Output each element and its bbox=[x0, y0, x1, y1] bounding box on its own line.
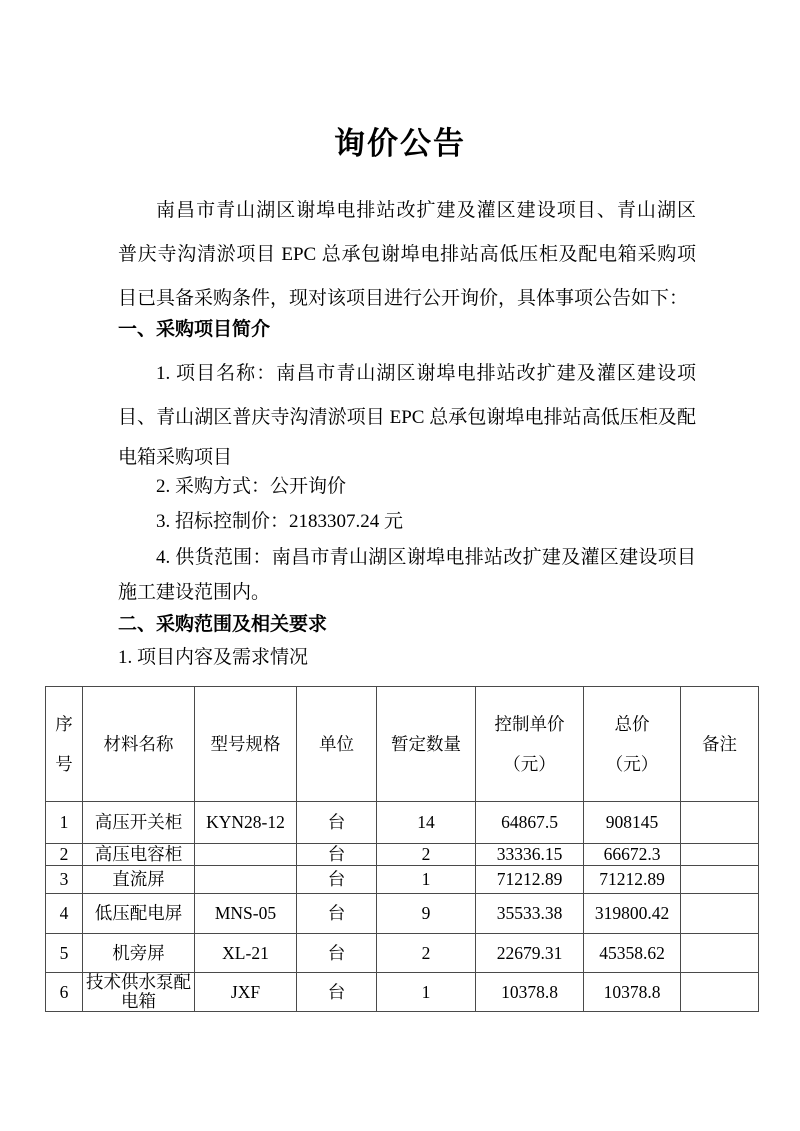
table-row: 6 技术供水泵配电箱 JXF 台 1 10378.8 10378.8 bbox=[46, 973, 759, 1012]
project-name-line-2: 目、青山湖区普庆寺沟清淤项目 EPC 总承包谢埠电排站高低压柜及配 bbox=[118, 407, 696, 429]
intro-line-2: 普庆寺沟清淤项目 EPC 总承包谢埠电排站高低压柜及配电箱采购项 bbox=[118, 244, 696, 266]
control-price-line: 3. 招标控制价：2183307.24 元 bbox=[118, 511, 696, 533]
table-cell bbox=[681, 802, 759, 844]
table-cell: 71212.89 bbox=[584, 866, 681, 894]
table-cell bbox=[195, 844, 297, 866]
table-cell bbox=[681, 894, 759, 934]
table-row: 1 高压开关柜 KYN28-12 台 14 64867.5 908145 bbox=[46, 802, 759, 844]
table-cell: 台 bbox=[297, 894, 377, 934]
table-row: 2 高压电容柜 台 2 33336.15 66672.3 bbox=[46, 844, 759, 866]
table-cell: 直流屏 bbox=[83, 866, 195, 894]
column-header-quantity: 暂定数量 bbox=[377, 687, 476, 802]
table-row: 5 机旁屏 XL-21 台 2 22679.31 45358.62 bbox=[46, 934, 759, 973]
intro-line-1: 南昌市青山湖区谢埠电排站改扩建及灌区建设项目、青山湖区 bbox=[118, 200, 696, 222]
table-cell: 机旁屏 bbox=[83, 934, 195, 973]
table-cell: 5 bbox=[46, 934, 83, 973]
column-header-material: 材料名称 bbox=[83, 687, 195, 802]
table-cell: 技术供水泵配电箱 bbox=[83, 973, 195, 1012]
announcement-body: 南昌市青山湖区谢埠电排站改扩建及灌区建设项目、青山湖区 普庆寺沟清淤项目 EPC… bbox=[118, 200, 696, 669]
table-cell bbox=[681, 844, 759, 866]
procurement-method-line: 2. 采购方式：公开询价 bbox=[118, 476, 696, 498]
table-cell: 64867.5 bbox=[476, 802, 584, 844]
column-header-unit: 单位 bbox=[297, 687, 377, 802]
table-cell bbox=[681, 866, 759, 894]
table-cell: 高压电容柜 bbox=[83, 844, 195, 866]
table-cell: 33336.15 bbox=[476, 844, 584, 866]
table-cell: 908145 bbox=[584, 802, 681, 844]
table-cell: 2 bbox=[377, 934, 476, 973]
table-row: 3 直流屏 台 1 71212.89 71212.89 bbox=[46, 866, 759, 894]
supply-scope-line-1: 4. 供货范围：南昌市青山湖区谢埠电排站改扩建及灌区建设项目 bbox=[118, 547, 696, 569]
project-name-line-1: 1. 项目名称：南昌市青山湖区谢埠电排站改扩建及灌区建设项 bbox=[118, 363, 696, 385]
section-2-heading: 二、采购范围及相关要求 bbox=[118, 614, 696, 636]
table-cell: 2 bbox=[46, 844, 83, 866]
table-cell: 台 bbox=[297, 844, 377, 866]
table-cell: 3 bbox=[46, 866, 83, 894]
column-header-remarks: 备注 bbox=[681, 687, 759, 802]
table-cell: 低压配电屏 bbox=[83, 894, 195, 934]
table-cell: 10378.8 bbox=[584, 973, 681, 1012]
table-cell: KYN28-12 bbox=[195, 802, 297, 844]
table-cell bbox=[195, 866, 297, 894]
document-title: 询价公告 bbox=[0, 126, 800, 162]
supply-scope-line-2: 施工建设范围内。 bbox=[118, 582, 696, 604]
table-cell: 1 bbox=[377, 973, 476, 1012]
table-header-row: 序 号 材料名称 型号规格 单位 暂定数量 控制单价 （元） 总价 （元） 备注 bbox=[46, 687, 759, 802]
table-cell: 71212.89 bbox=[476, 866, 584, 894]
table-cell: 14 bbox=[377, 802, 476, 844]
section-1-heading: 一、采购项目简介 bbox=[118, 319, 696, 341]
table-cell: 1 bbox=[377, 866, 476, 894]
column-header-unit-price: 控制单价 （元） bbox=[476, 687, 584, 802]
column-header-serial: 序 号 bbox=[46, 687, 83, 802]
table-cell: 9 bbox=[377, 894, 476, 934]
table-cell: XL-21 bbox=[195, 934, 297, 973]
table-cell: 22679.31 bbox=[476, 934, 584, 973]
table-cell: 35533.38 bbox=[476, 894, 584, 934]
table-cell: 319800.42 bbox=[584, 894, 681, 934]
table-cell bbox=[681, 934, 759, 973]
table-cell: JXF bbox=[195, 973, 297, 1012]
table-cell: 1 bbox=[46, 802, 83, 844]
column-header-model: 型号规格 bbox=[195, 687, 297, 802]
table-cell: 台 bbox=[297, 802, 377, 844]
table-cell: 45358.62 bbox=[584, 934, 681, 973]
table-cell: 高压开关柜 bbox=[83, 802, 195, 844]
table-cell: 10378.8 bbox=[476, 973, 584, 1012]
document-page: 询价公告 南昌市青山湖区谢埠电排站改扩建及灌区建设项目、青山湖区 普庆寺沟清淤项… bbox=[0, 0, 800, 1131]
project-name-line-3: 电箱采购项目 bbox=[118, 447, 696, 469]
table-cell: 台 bbox=[297, 973, 377, 1012]
table-row: 4 低压配电屏 MNS-05 台 9 35533.38 319800.42 bbox=[46, 894, 759, 934]
table-cell: MNS-05 bbox=[195, 894, 297, 934]
column-header-total: 总价 （元） bbox=[584, 687, 681, 802]
table-cell: 6 bbox=[46, 973, 83, 1012]
table-cell: 4 bbox=[46, 894, 83, 934]
table-cell: 66672.3 bbox=[584, 844, 681, 866]
subsection-heading: 1. 项目内容及需求情况 bbox=[118, 647, 696, 669]
table-cell: 台 bbox=[297, 934, 377, 973]
table-cell: 2 bbox=[377, 844, 476, 866]
materials-table: 序 号 材料名称 型号规格 单位 暂定数量 控制单价 （元） 总价 （元） 备注… bbox=[45, 686, 759, 1012]
table-cell: 台 bbox=[297, 866, 377, 894]
table-cell bbox=[681, 973, 759, 1012]
intro-line-3: 目已具备采购条件，现对该项目进行公开询价，具体事项公告如下： bbox=[118, 288, 696, 310]
